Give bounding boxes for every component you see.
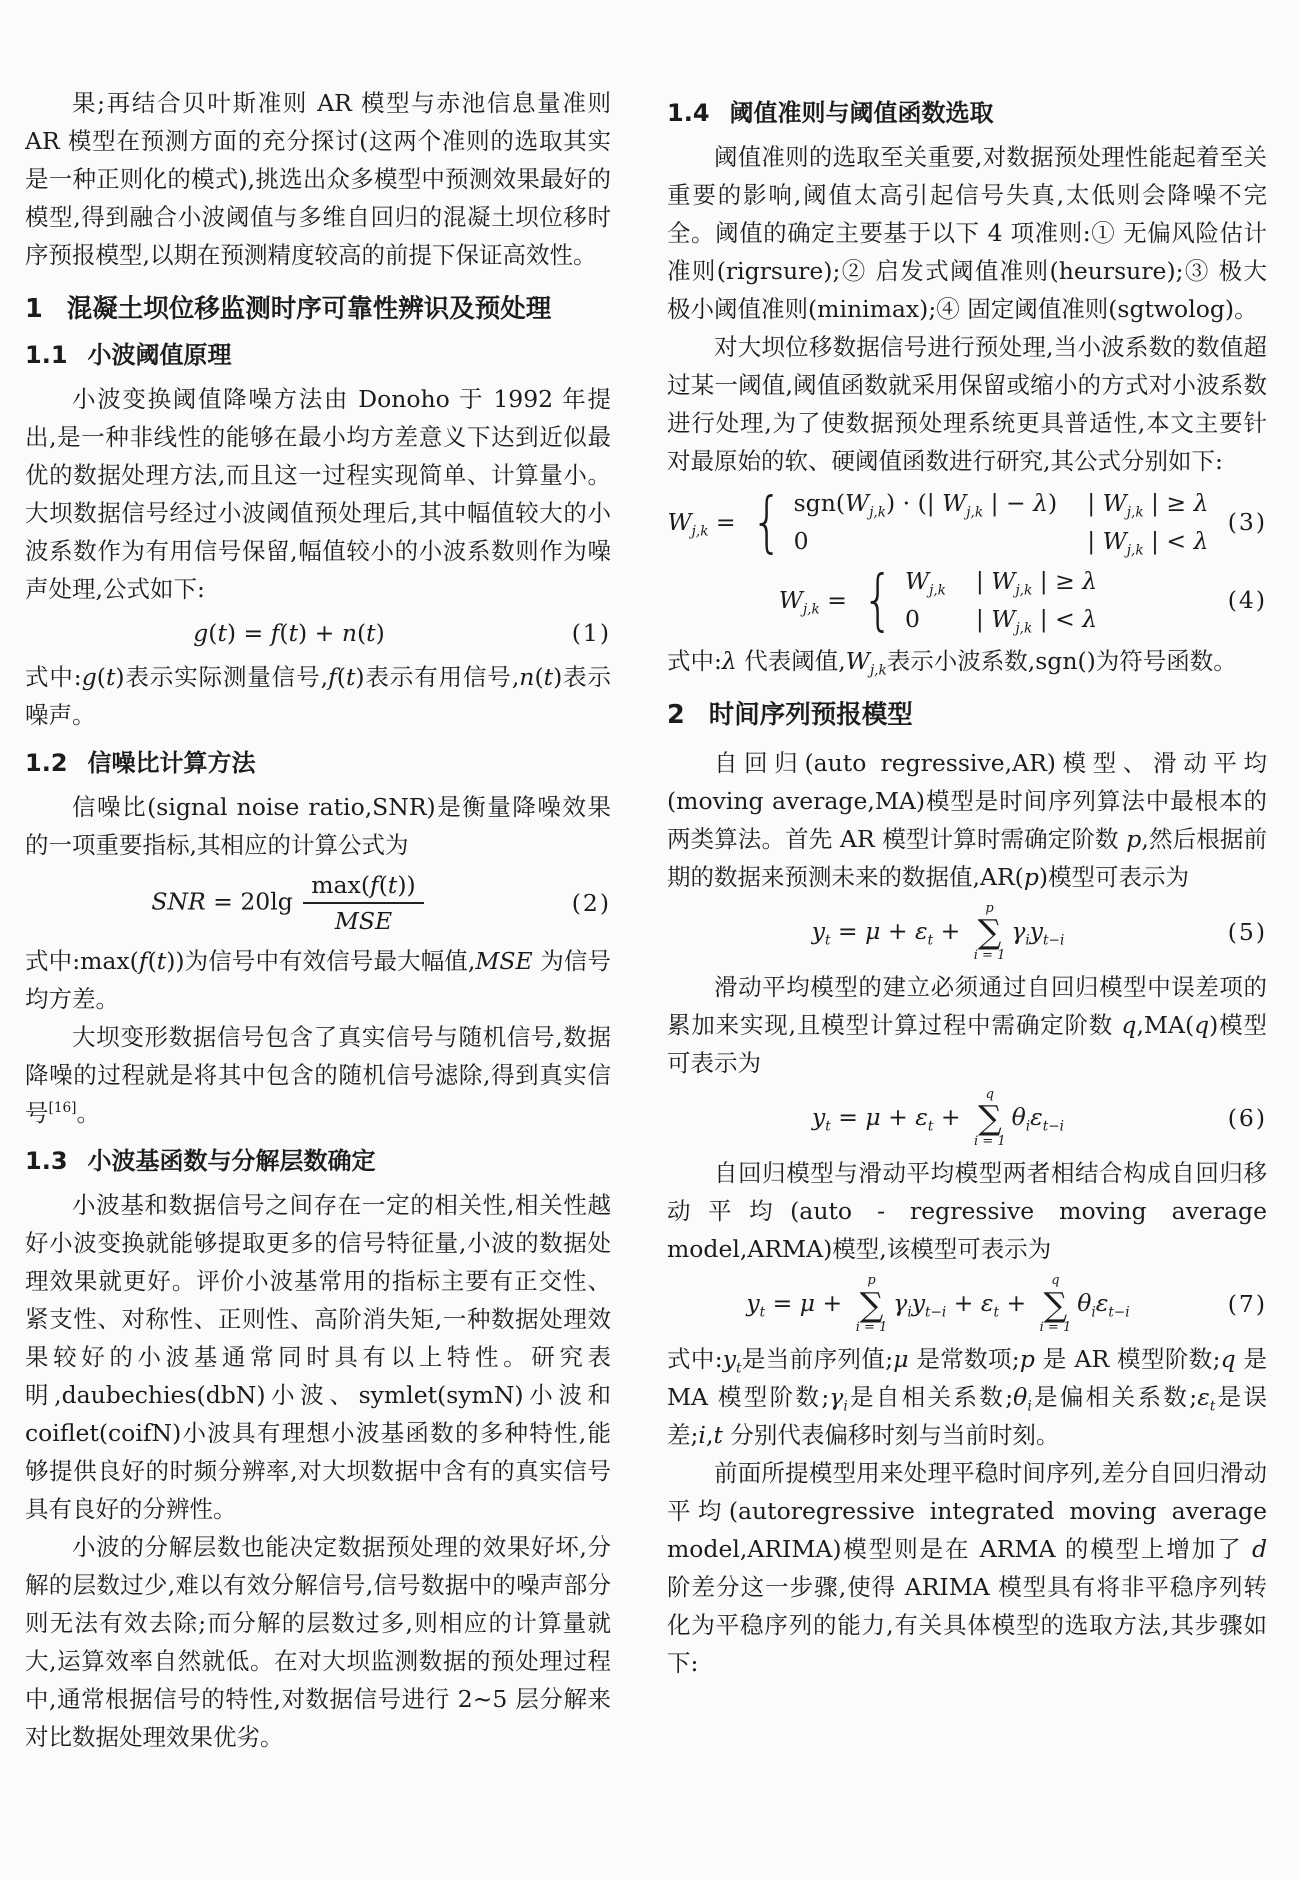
equation-body: Wj,k = { Wj,k| Wj,k | ≥ λ 0| Wj,k | < λ xyxy=(667,564,1209,636)
section-title: 时间序列预报模型 xyxy=(709,700,913,730)
summation: p∑i = 1 xyxy=(974,902,1006,962)
paragraph-wavelet-basis: 小波基和数据信号之间存在一定的相关性,相关性越好小波变换就能够提取更多的信号特征… xyxy=(25,1186,611,1528)
paragraph-wavelet-threshold: 小波变换阈值降噪方法由 Donoho 于 1992 年提出,是一种非线性的能够在… xyxy=(25,380,611,608)
equation-number: (5) xyxy=(1209,913,1267,951)
equation-number: (7) xyxy=(1209,1285,1267,1323)
section-title: 小波基函数与分解层数确定 xyxy=(88,1147,376,1175)
paragraph-snr: 信噪比(signal noise ratio,SNR)是衡量降噪效果的一项重要指… xyxy=(25,788,611,864)
section-number: 2 xyxy=(667,700,685,730)
equation-3: Wj,k = { sgn(Wj,k) · (| Wj,k | − λ)| Wj,… xyxy=(667,486,1267,558)
section-1-2-heading: 1.2信噪比计算方法 xyxy=(25,747,611,779)
brace: { xyxy=(751,492,783,551)
equation-number: (3) xyxy=(1209,503,1267,541)
equation-body: Wj,k = { sgn(Wj,k) · (| Wj,k | − λ)| Wj,… xyxy=(667,486,1209,558)
sigma-symbol: ∑ xyxy=(978,915,1002,949)
equation-7-note: 式中:yt是当前序列值;μ 是常数项;p 是 AR 模型阶数;q 是 MA 模型… xyxy=(667,1340,1267,1454)
section-number: 1.1 xyxy=(25,341,68,369)
sigma-symbol: ∑ xyxy=(860,1288,884,1322)
paragraph-decomposition-levels: 小波的分解层数也能决定数据预处理的效果好坏,分解的层数过少,难以有效分解信号,信… xyxy=(25,1528,611,1756)
equation-number: (6) xyxy=(1209,1099,1267,1137)
section-1-4-heading: 1.4阈值准则与阈值函数选取 xyxy=(667,97,1267,129)
equation-4: Wj,k = { Wj,k| Wj,k | ≥ λ 0| Wj,k | < λ … xyxy=(667,564,1267,636)
sigma-symbol: ∑ xyxy=(978,1101,1002,1135)
right-column: 1.4阈值准则与阈值函数选取 阈值准则的选取至关重要,对数据预处理性能起着至关重… xyxy=(667,84,1267,1880)
equation-number: (1) xyxy=(553,614,611,652)
brace: { xyxy=(862,570,894,629)
intro-paragraph: 果;再结合贝叶斯准则 AR 模型与赤池信息量准则 AR 模型在预测方面的充分探讨… xyxy=(25,84,611,274)
paper-page: 果;再结合贝叶斯准则 AR 模型与赤池信息量准则 AR 模型在预测方面的充分探讨… xyxy=(0,0,1300,1880)
equation-body: yt = μ + εt + q∑i = 1θiεt−i xyxy=(667,1088,1209,1148)
section-1-1-heading: 1.1小波阈值原理 xyxy=(25,339,611,371)
equation-7: yt = μ + p∑i = 1γiyt−i + εt + q∑i = 1θiε… xyxy=(667,1274,1267,1334)
summation: q∑i = 1 xyxy=(1040,1274,1072,1334)
section-1-3-heading: 1.3小波基函数与分解层数确定 xyxy=(25,1145,611,1177)
summation: p∑i = 1 xyxy=(856,1274,888,1334)
equation-1: g(t) = f(t) + n(t) (1) xyxy=(25,614,611,652)
paragraph-threshold-rules: 阈值准则的选取至关重要,对数据预处理性能起着至关重要的影响,阈值太高引起信号失真… xyxy=(667,138,1267,328)
fraction: max(f(t))MSE xyxy=(303,870,423,936)
piecewise-cases: Wj,k| Wj,k | ≥ λ 0| Wj,k | < λ xyxy=(905,564,1097,636)
equation-number: (4) xyxy=(1209,581,1267,619)
equation-2: SNR = 20lg max(f(t))MSE (2) xyxy=(25,870,611,936)
equation-body: g(t) = f(t) + n(t) xyxy=(25,614,553,652)
equation-body: yt = μ + p∑i = 1γiyt−i + εt + q∑i = 1θiε… xyxy=(667,1274,1209,1334)
equation-number: (2) xyxy=(553,884,611,922)
section-title: 阈值准则与阈值函数选取 xyxy=(730,99,994,127)
section-number: 1.2 xyxy=(25,749,68,777)
paragraph-ar-model: 自回归(auto regressive,AR)模型、滑动平均(moving av… xyxy=(667,744,1267,896)
section-number: 1.3 xyxy=(25,1147,68,1175)
paragraph-denoise: 大坝变形数据信号包含了真实信号与随机信号,数据降噪的过程就是将其中包含的随机信号… xyxy=(25,1018,611,1132)
paragraph-arima-model: 前面所提模型用来处理平稳时间序列,差分自回归滑动平均(autoregressiv… xyxy=(667,1454,1267,1682)
paragraph-arma-model: 自回归模型与滑动平均模型两者相结合构成自回归移动平均(auto - regres… xyxy=(667,1154,1267,1268)
equation-6: yt = μ + εt + q∑i = 1θiεt−i (6) xyxy=(667,1088,1267,1148)
piecewise-cases: sgn(Wj,k) · (| Wj,k | − λ)| Wj,k | ≥ λ 0… xyxy=(794,486,1209,558)
section-number: 1 xyxy=(25,294,43,324)
equation-1-note: 式中:g(t)表示实际测量信号,f(t)表示有用信号,n(t)表示噪声。 xyxy=(25,658,611,734)
summation: q∑i = 1 xyxy=(974,1088,1006,1148)
section-title: 信噪比计算方法 xyxy=(88,749,256,777)
paragraph-ma-model: 滑动平均模型的建立必须通过自回归模型中误差项的累加来实现,且模型计算过程中需确定… xyxy=(667,968,1267,1082)
equation-5: yt = μ + εt + p∑i = 1γiyt−i (5) xyxy=(667,902,1267,962)
section-title: 小波阈值原理 xyxy=(88,341,232,369)
section-title: 混凝土坝位移监测时序可靠性辨识及预处理 xyxy=(67,294,552,324)
left-column: 果;再结合贝叶斯准则 AR 模型与赤池信息量准则 AR 模型在预测方面的充分探讨… xyxy=(25,84,611,1880)
equation-body: yt = μ + εt + p∑i = 1γiyt−i xyxy=(667,902,1209,962)
paragraph-threshold-functions: 对大坝位移数据信号进行预处理,当小波系数的数值超过某一阈值,阈值函数就采用保留或… xyxy=(667,328,1267,480)
section-1-heading: 1混凝土坝位移监测时序可靠性辨识及预处理 xyxy=(25,292,611,326)
equation-3-4-note: 式中:λ 代表阈值,Wj,k表示小波系数,sgn()为符号函数。 xyxy=(667,642,1267,680)
equation-body: SNR = 20lg max(f(t))MSE xyxy=(25,870,553,936)
sigma-symbol: ∑ xyxy=(1044,1288,1068,1322)
section-2-heading: 2时间序列预报模型 xyxy=(667,698,1267,732)
equation-2-note: 式中:max(f(t))为信号中有效信号最大幅值,MSE 为信号均方差。 xyxy=(25,942,611,1018)
section-number: 1.4 xyxy=(667,99,710,127)
